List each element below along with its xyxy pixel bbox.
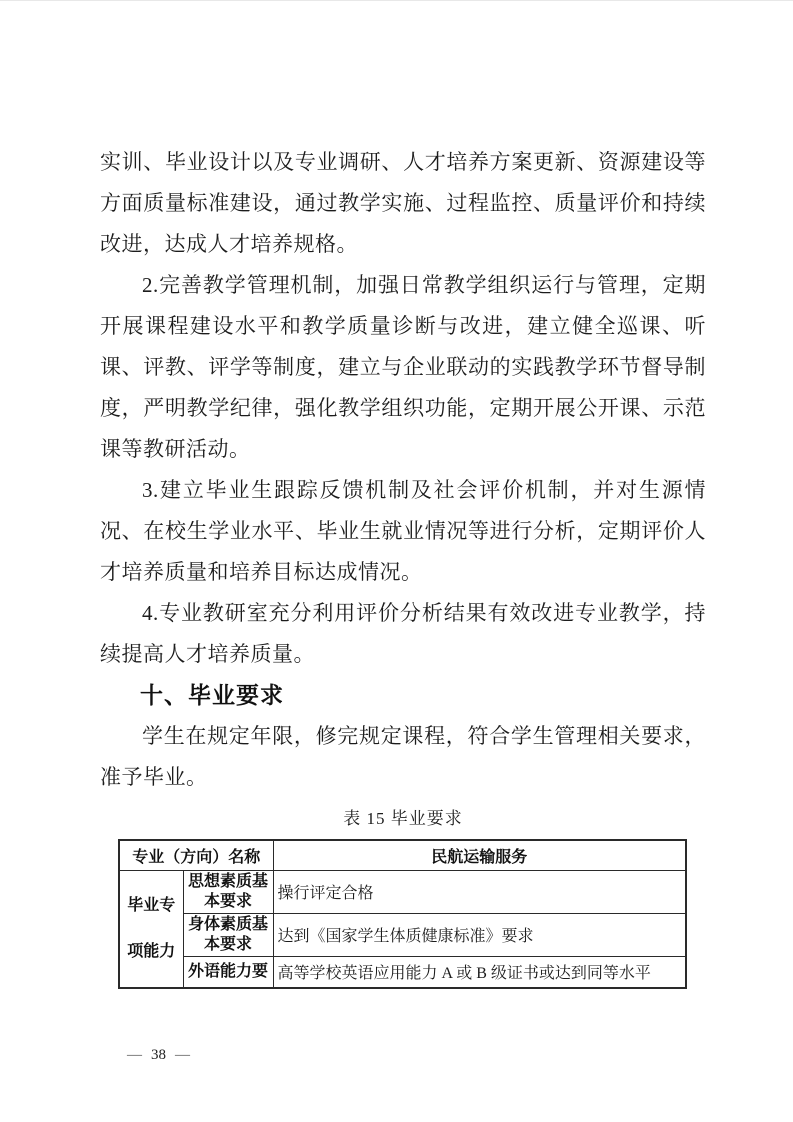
page-number: 38 <box>151 1047 166 1064</box>
graduation-requirements-table: 专业（方向）名称 民航运输服务 毕业专项能力 思想素质基本要求 操行评定合格 身… <box>118 839 687 989</box>
table-row: 毕业专项能力 思想素质基本要求 操行评定合格 <box>119 870 686 913</box>
table-row: 身体素质基本要求 达到《国家学生体质健康标准》要求 <box>119 913 686 956</box>
page-footer: — 38 — <box>127 1045 190 1065</box>
table-row: 外语能力要 高等学校英语应用能力 A 或 B 级证书或达到同等水平 <box>119 956 686 988</box>
footer-dash-right: — <box>175 1047 190 1064</box>
table-header-row: 专业（方向）名称 民航运输服务 <box>119 840 686 870</box>
page-body: 实训、毕业设计以及专业调研、人才培养方案更新、资源建设等方面质量标准建设，通过教… <box>100 142 706 989</box>
row-value-foreign-language: 高等学校英语应用能力 A 或 B 级证书或达到同等水平 <box>273 956 686 988</box>
group-label-cell: 毕业专项能力 <box>119 870 183 988</box>
row-label-ideological-quality: 思想素质基本要求 <box>183 870 273 913</box>
paragraph-continuation: 实训、毕业设计以及专业调研、人才培养方案更新、资源建设等方面质量标准建设，通过教… <box>100 142 706 265</box>
header-cell-major-value: 民航运输服务 <box>273 840 686 870</box>
header-cell-major-name: 专业（方向）名称 <box>119 840 273 870</box>
footer-dash-left: — <box>127 1047 142 1064</box>
table-caption: 表 15 毕业要求 <box>100 798 706 839</box>
row-label-physical-quality: 身体素质基本要求 <box>183 913 273 956</box>
section-heading-graduation-requirements: 十、毕业要求 <box>100 675 706 716</box>
paragraph-item-2: 2.完善教学管理机制，加强日常教学组织运行与管理，定期开展课程建设水平和教学质量… <box>100 265 706 470</box>
paragraph-item-3: 3.建立毕业生跟踪反馈机制及社会评价机制，并对生源情况、在校生学业水平、毕业生就… <box>100 470 706 593</box>
row-value-physical-quality: 达到《国家学生体质健康标准》要求 <box>273 913 686 956</box>
paragraph-item-4: 4.专业教研室充分利用评价分析结果有效改进专业教学，持续提高人才培养质量。 <box>100 593 706 675</box>
document-page: 实训、毕业设计以及专业调研、人才培养方案更新、资源建设等方面质量标准建设，通过教… <box>0 0 793 1122</box>
paragraph-closing: 学生在规定年限，修完规定课程，符合学生管理相关要求，准予毕业。 <box>100 716 706 798</box>
row-value-ideological-quality: 操行评定合格 <box>273 870 686 913</box>
row-label-foreign-language: 外语能力要 <box>183 956 273 988</box>
